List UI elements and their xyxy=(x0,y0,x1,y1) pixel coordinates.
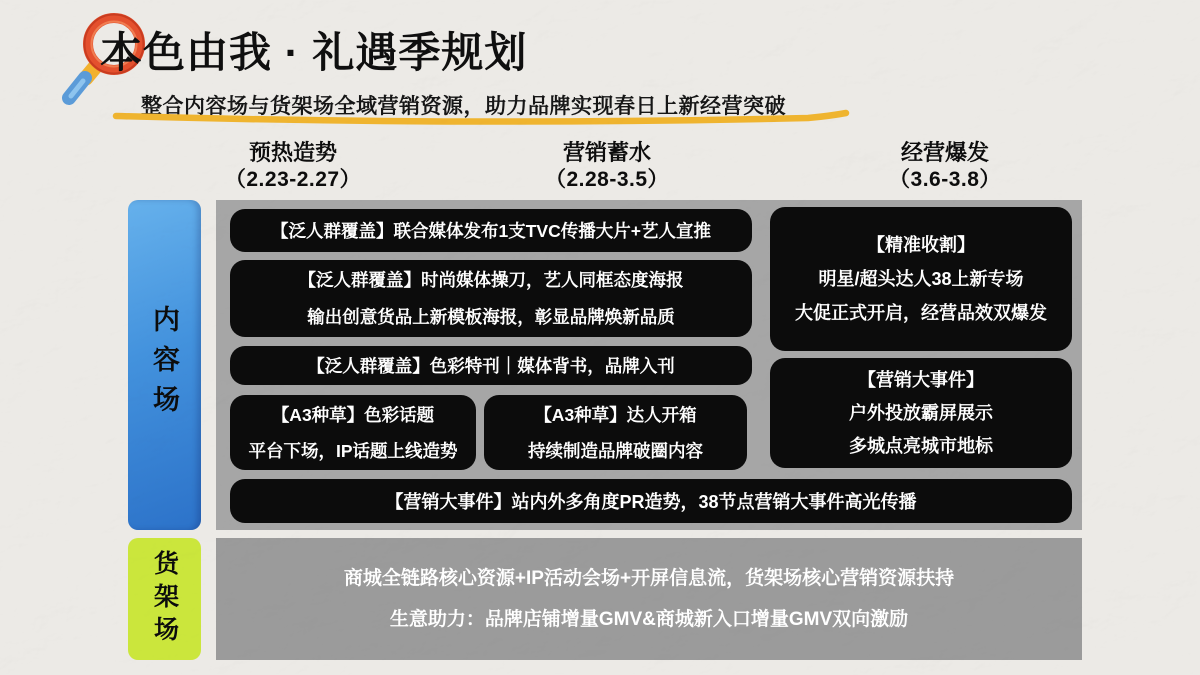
content-field-label: 内容场 xyxy=(145,305,184,425)
outdoor-event-line1: 【营销大事件】 xyxy=(858,364,984,397)
phase-warmup-dates: （2.23-2.27） xyxy=(153,166,433,193)
fashion-poster-line1: 【泛人群覆盖】时尚媒体操刀，艺人同框态度海报 xyxy=(299,262,684,299)
phase-burst-name: 经营爆发 xyxy=(805,140,1085,166)
outdoor-event-line2: 户外投放霸屏展示 xyxy=(849,397,993,430)
precise-harvest-line2: 明星/超头达人38上新专场 xyxy=(818,262,1023,296)
shelf-resources-text: 商城全链路核心资源+IP活动会场+开屏信息流，货架场核心营销资源扶持 xyxy=(344,558,954,599)
phase-accumulate: 营销蓄水 （2.28-3.5） xyxy=(467,140,747,193)
influencer-unboxing-line2: 持续制造品牌破圈内容 xyxy=(528,433,703,469)
page-title: 本色由我 · 礼遇季规划 xyxy=(100,20,527,80)
color-special-issue-box: 【泛人群覆盖】色彩特刊｜媒体背书，品牌入刊 xyxy=(230,346,752,385)
influencer-unboxing-box: 【A3种草】达人开箱 持续制造品牌破圈内容 xyxy=(484,395,747,470)
outdoor-event-box: 【营销大事件】 户外投放霸屏展示 多城点亮城市地标 xyxy=(770,358,1072,468)
precise-harvest-box: 【精准收割】 明星/超头达人38上新专场 大促正式开启，经营品效双爆发 xyxy=(770,207,1072,351)
color-topic-box: 【A3种草】色彩话题 平台下场，IP话题上线造势 xyxy=(230,395,476,470)
pr-event-box: 【营销大事件】站内外多角度PR造势，38节点营销大事件高光传播 xyxy=(230,479,1072,523)
content-field-tab: 内容场 xyxy=(128,200,201,530)
tvc-media-box: 【泛人群覆盖】联合媒体发布1支TVC传播大片+艺人宣推 xyxy=(230,209,752,252)
slide: 商城全链路核心资源+IP活动会场+开屏信息流，货架场核心营销资源扶持 生意助力：… xyxy=(0,0,1200,675)
phase-burst: 经营爆发 （3.6-3.8） xyxy=(805,140,1085,193)
precise-harvest-line1: 【精准收割】 xyxy=(867,228,975,262)
phase-burst-dates: （3.6-3.8） xyxy=(805,166,1085,193)
fashion-poster-box: 【泛人群覆盖】时尚媒体操刀，艺人同框态度海报 输出创意货品上新模板海报，彰显品牌… xyxy=(230,260,752,337)
influencer-unboxing-line1: 【A3种草】达人开箱 xyxy=(534,397,696,433)
subtitle-underline-stroke xyxy=(108,106,858,128)
pr-event-text: 【营销大事件】站内外多角度PR造势，38节点营销大事件高光传播 xyxy=(385,488,916,514)
phase-accumulate-dates: （2.28-3.5） xyxy=(467,166,747,193)
phase-warmup-name: 预热造势 xyxy=(153,140,433,166)
phase-accumulate-name: 营销蓄水 xyxy=(467,140,747,166)
fashion-poster-line2: 输出创意货品上新模板海报，彰显品牌焕新品质 xyxy=(307,299,675,336)
precise-harvest-line3: 大促正式开启，经营品效双爆发 xyxy=(795,296,1047,330)
color-topic-line1: 【A3种草】色彩话题 xyxy=(272,397,434,433)
shelf-field-tab: 货架场 xyxy=(128,538,201,660)
color-topic-line2: 平台下场，IP话题上线造势 xyxy=(248,433,457,469)
phase-warmup: 预热造势 （2.23-2.27） xyxy=(153,140,433,193)
color-special-issue-text: 【泛人群覆盖】色彩特刊｜媒体背书，品牌入刊 xyxy=(307,353,675,378)
shelf-field-panel: 商城全链路核心资源+IP活动会场+开屏信息流，货架场核心营销资源扶持 生意助力：… xyxy=(216,538,1082,660)
shelf-field-label: 货架场 xyxy=(147,550,183,649)
shelf-incentive-text: 生意助力：品牌店铺增量GMV&商城新入口增量GMV双向激励 xyxy=(390,599,908,640)
tvc-media-text: 【泛人群覆盖】联合媒体发布1支TVC传播大片+艺人宣推 xyxy=(271,218,711,243)
outdoor-event-line3: 多城点亮城市地标 xyxy=(849,430,993,463)
